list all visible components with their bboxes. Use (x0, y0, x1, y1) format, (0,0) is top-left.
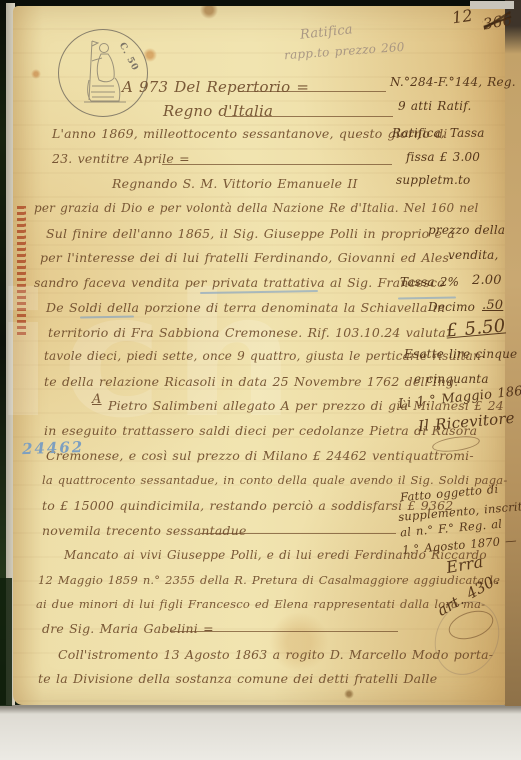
body-line: Sul finire dell'anno 1865, il Sig. Giuse… (46, 226, 455, 241)
regno-line: Regno d'Italia (163, 102, 273, 120)
margin-vendita: vendita, (448, 248, 499, 262)
body-line: te la Divisione della sostanza comune de… (38, 671, 437, 686)
bottom-page-edge (0, 705, 521, 760)
margin-ratifica: Ratifica, Tassa (392, 126, 485, 140)
body-line: Coll'istromento 13 Agosto 1863 a rogito … (58, 647, 493, 662)
body-line: 12 Maggio 1859 n.° 2355 della R. Pretura… (38, 573, 500, 587)
body-line: De Soldi della porzione di terra denomin… (46, 300, 445, 315)
body-line: la quattrocento sessantadue, in conto de… (42, 473, 507, 487)
body-line: L'anno 1869, milleottocento sessantanove… (52, 126, 448, 141)
body-line: Cremonese, e così sul prezzo di Milano £… (46, 448, 474, 463)
top-right-page-sliver (470, 1, 514, 9)
margin-esatte-2: e cinquanta (414, 372, 489, 386)
margin-allegato: A (92, 392, 102, 407)
body-line: to £ 15000 quindicimila, restando perciò… (42, 498, 453, 513)
body-line: novemila trecento sessantadue (42, 523, 247, 538)
margin-suppl: suppletm.to (396, 173, 470, 187)
margin-tassa: fissa £ 3.00 (406, 150, 480, 164)
margin-esatte-1: Esatte lire cinque (404, 347, 517, 361)
margin-decimo: Decimo (428, 300, 475, 314)
ref-atti: 9 atti Ratif. (398, 99, 471, 113)
ink-rule (162, 164, 392, 165)
bottom-left-shadow (0, 578, 12, 706)
body-line: per l'interesse dei di lui fratelli Ferd… (40, 250, 454, 265)
margin-prezzo: prezzo della (428, 223, 505, 237)
body-line: dre Sig. Maria Gabelini = (42, 621, 214, 636)
ink-rule (238, 91, 386, 92)
body-line: te della relazione Ricasoli in data 25 N… (44, 374, 458, 389)
revenue-stamp: C. 50 (58, 29, 148, 117)
margin-tassa2: Tassa 2% (400, 275, 459, 289)
binding-stitch-marks (17, 206, 26, 336)
body-line: territorio di Fra Sabbiona Cremonese. Ri… (48, 325, 446, 340)
ink-rule (170, 631, 398, 632)
seated-italia-figure-icon (59, 30, 147, 116)
body-line: in eseguito trattassero saldi dieci per … (44, 423, 477, 438)
body-line: per grazia di Dio e per volontà della Na… (34, 201, 479, 215)
ref-number: N.°284-F.°144, Reg. (390, 75, 516, 89)
ink-rule (225, 116, 393, 117)
repertorio-line: A 973 Del Repertorio = (122, 78, 309, 96)
page-number: 12 (451, 6, 474, 28)
body-line: Regnando S. M. Vittorio Emanuele II (112, 176, 358, 191)
scanned-document-page: ich C. 50 12366Ratificarapp.to prezzo 26… (0, 0, 521, 760)
body-line: sandro faceva vendita per privata tratta… (34, 275, 445, 290)
margin-blue-number: 24462 (22, 438, 85, 458)
body-line: Mancato ai vivi Giuseppe Polli, e di lui… (64, 548, 487, 562)
margin-amount-1: 2.00 (472, 273, 502, 288)
margin-amount-2: .50 (482, 298, 503, 313)
body-line: ai due minori di lui figli Francesco ed … (36, 597, 485, 611)
ink-rule (200, 533, 396, 534)
